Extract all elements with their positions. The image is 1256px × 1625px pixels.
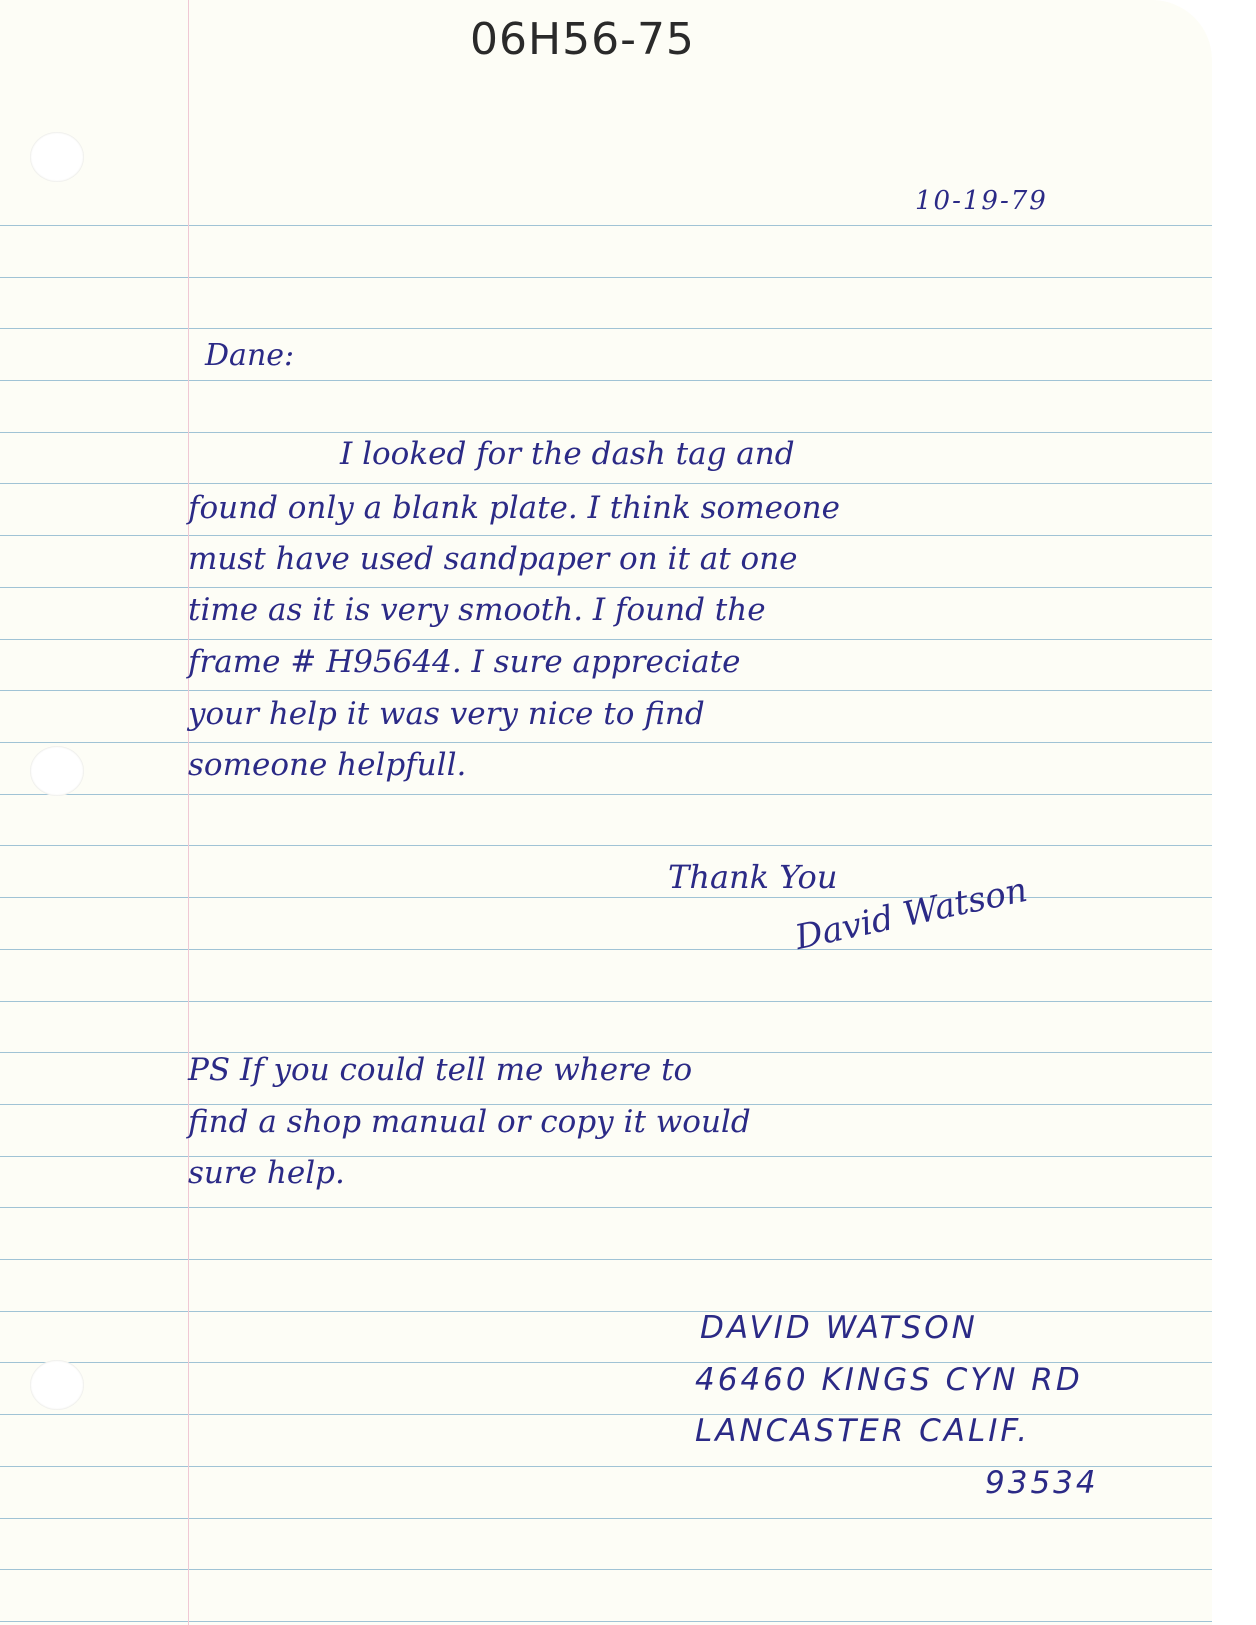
ruled-line xyxy=(0,1569,1212,1570)
salutation: Dane: xyxy=(205,338,294,373)
ruled-line xyxy=(0,535,1212,536)
body-line: your help it was very nice to find xyxy=(188,696,705,732)
margin-line xyxy=(188,0,189,1625)
ruled-line xyxy=(0,225,1212,226)
address-city: LANCASTER CALIF. xyxy=(695,1413,1030,1449)
ruled-line xyxy=(0,1621,1212,1622)
binder-hole-top xyxy=(30,132,84,182)
lined-paper-sheet: 06H56-75 10-19-79 Dane: I looked for the… xyxy=(0,0,1212,1625)
postscript-line: PS If you could tell me where to xyxy=(188,1052,692,1088)
body-line: someone helpfull. xyxy=(188,747,466,783)
ruled-line xyxy=(0,1001,1212,1002)
ruled-line xyxy=(0,432,1212,433)
ruled-line xyxy=(0,587,1212,588)
ruled-line xyxy=(0,1207,1212,1208)
ruled-line xyxy=(0,794,1212,795)
ruled-line xyxy=(0,1311,1212,1312)
ruled-line xyxy=(0,949,1212,950)
body-line: frame # H95644. I sure appreciate xyxy=(188,644,740,680)
body-line: must have used sandpaper on it at one xyxy=(188,541,798,577)
address-name: DAVID WATSON xyxy=(700,1310,978,1346)
postscript-line: sure help. xyxy=(188,1155,345,1191)
closing: Thank You xyxy=(668,858,837,896)
body-line: found only a blank plate. I think someon… xyxy=(188,490,840,526)
ruled-line xyxy=(0,483,1212,484)
ruled-line xyxy=(0,1156,1212,1157)
address-zip: 93534 xyxy=(985,1465,1099,1501)
body-line: time as it is very smooth. I found the xyxy=(188,592,766,628)
ruled-line xyxy=(0,1259,1212,1260)
stamp-number: 06H56-75 xyxy=(470,14,695,65)
ruled-line xyxy=(0,845,1212,846)
address-street: 46460 KINGS CYN RD xyxy=(695,1362,1083,1398)
ruled-line xyxy=(0,277,1212,278)
body-line: I looked for the dash tag and xyxy=(340,436,795,472)
ruled-line xyxy=(0,1414,1212,1415)
postscript-line: find a shop manual or copy it would xyxy=(188,1104,751,1140)
ruled-line xyxy=(0,1518,1212,1519)
binder-hole-middle xyxy=(30,746,84,796)
binder-hole-bottom xyxy=(30,1360,84,1410)
ruled-line xyxy=(0,639,1212,640)
ruled-line xyxy=(0,380,1212,381)
ruled-line xyxy=(0,690,1212,691)
ruled-line xyxy=(0,328,1212,329)
ruled-line xyxy=(0,897,1212,898)
letter-date: 10-19-79 xyxy=(915,186,1048,216)
ruled-line xyxy=(0,742,1212,743)
